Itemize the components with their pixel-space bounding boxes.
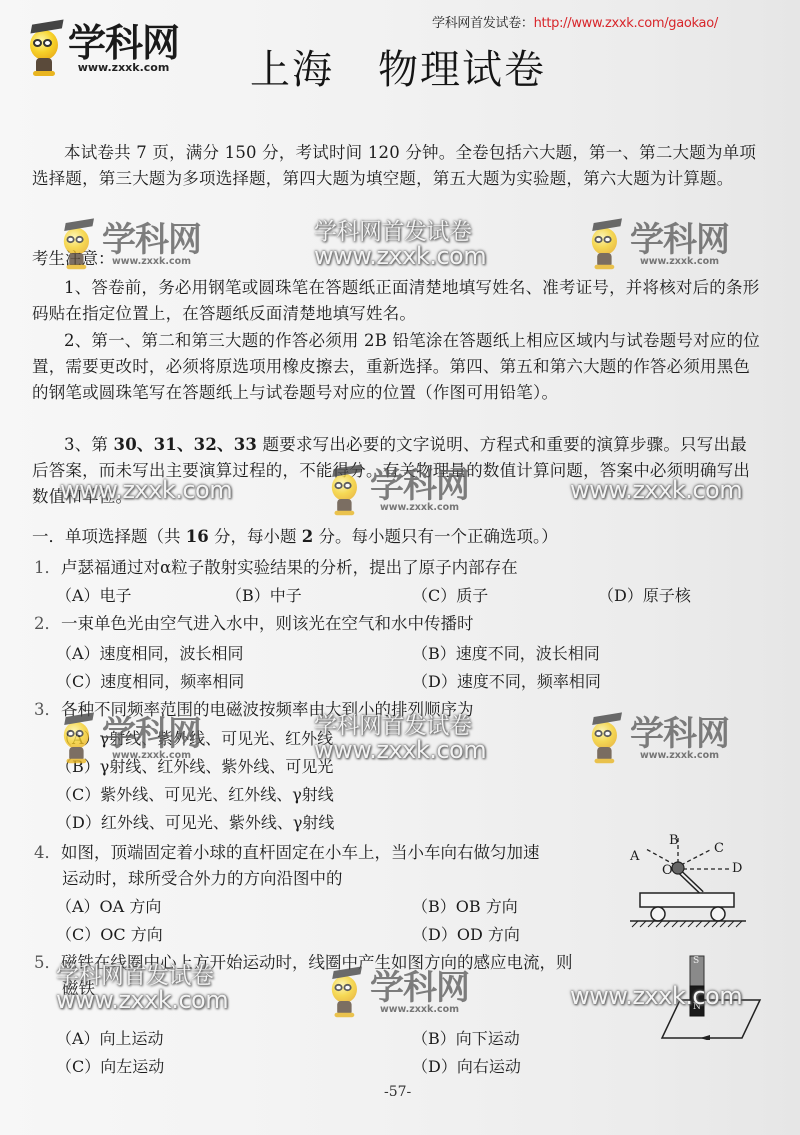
mascot-icon: [330, 465, 362, 515]
q2-option-c[interactable]: （C）速度相同，频率相同: [56, 669, 244, 695]
watermark-logo: 学科网www.zxxk.com: [330, 462, 469, 518]
watermark-url: www.zxxk.com: [570, 982, 742, 1010]
label-b: B: [669, 833, 679, 848]
q3-option-d[interactable]: （D）红外线、可见光、紫外线、γ射线: [56, 810, 334, 836]
q4-option-b[interactable]: （B）OB 方向: [412, 894, 518, 920]
mascot-icon: [590, 219, 622, 269]
watermark-logo: 学科网www.zxxk.com: [590, 710, 729, 766]
q2-option-d[interactable]: （D）速度不同，频率相同: [412, 669, 601, 695]
q1-option-b[interactable]: （B）中子: [226, 583, 302, 609]
q5-option-b[interactable]: （B）向下运动: [412, 1026, 520, 1052]
site-logo: 学科网 www.zxxk.com: [28, 20, 179, 76]
label-a: A: [630, 849, 639, 864]
q2-option-b[interactable]: （B）速度不同，波长相同: [412, 641, 600, 667]
watermark-logo: 学科网www.zxxk.com: [62, 710, 201, 766]
watermark-text: 学科网首发试卷www.zxxk.com: [314, 714, 486, 762]
title-region: 上海: [250, 47, 334, 93]
watermark-logo: 学科网www.zxxk.com: [330, 964, 469, 1020]
watermark-url: www.zxxk.com: [60, 476, 232, 504]
q1-option-d[interactable]: （D）原子核: [598, 583, 691, 609]
section-heading: 一．单项选择题（共 16 分，每小题 2 分。每小题只有一个正确选项。）: [32, 524, 558, 550]
source-url[interactable]: http://www.zxxk.com/gaokao/: [534, 16, 718, 31]
title-subject: 物理试卷: [378, 47, 546, 93]
watermark-url: www.zxxk.com: [570, 476, 742, 504]
page-title: 上海物理试卷: [250, 38, 546, 95]
source-link[interactable]: 学科网首发试卷：http://www.zxxk.com/gaokao/: [432, 12, 718, 31]
q4-option-d[interactable]: （D）OD 方向: [412, 922, 520, 948]
label-c: C: [714, 841, 724, 856]
logo-text: 学科网: [68, 23, 179, 63]
notice-item-1: 1、答卷前，务必用钢笔或圆珠笔在答题纸正面清楚地填写姓名、准考证号，并将核对后的…: [32, 275, 762, 327]
q1-option-a[interactable]: （A）电子: [56, 583, 132, 609]
question-2: 2．一束单色光由空气进入水中，则该光在空气和水中传播时: [34, 611, 474, 637]
mascot-icon: [62, 219, 94, 269]
question-1: 1．卢瑟福通过对α粒子散射实验结果的分析，提出了原子内部存在: [34, 555, 518, 581]
question-4-line2: 运动时，球所受合外力的方向沿图中的: [62, 866, 343, 892]
q4-option-a[interactable]: （A）OA 方向: [56, 894, 161, 920]
q5-option-c[interactable]: （C）向左运动: [56, 1054, 164, 1080]
notice-item-2: 2、第一、第二和第三大题的作答必须用 2B 铅笔涂在答题纸上相应区域内与试卷题号…: [32, 328, 762, 406]
label-o: O: [662, 863, 673, 878]
cart-figure: A B C D O: [620, 835, 770, 930]
logo-url: www.zxxk.com: [78, 61, 170, 74]
source-label: 学科网首发试卷：: [432, 16, 534, 31]
intro-paragraph: 本试卷共 7 页，满分 150 分，考试时间 120 分钟。全卷包括六大题，第一…: [32, 140, 762, 192]
watermark-text: 学科网首发试卷www.zxxk.com: [56, 964, 228, 1012]
q5-option-a[interactable]: （A）向上运动: [56, 1026, 164, 1052]
page-number: -57-: [384, 1084, 411, 1100]
watermark-logo: 学科网www.zxxk.com: [62, 216, 201, 272]
question-4: 4．如图，顶端固定着小球的直杆固定在小车上，当小车向右做匀加速: [34, 840, 540, 866]
q1-option-c[interactable]: （C）质子: [412, 583, 488, 609]
label-d: D: [732, 861, 742, 876]
pole-s: S: [693, 956, 699, 966]
q4-option-c[interactable]: （C）OC 方向: [56, 922, 163, 948]
mascot-icon: [330, 967, 362, 1017]
q3-option-c[interactable]: （C）紫外线、可见光、红外线、γ射线: [56, 782, 334, 808]
mascot-icon: [590, 713, 622, 763]
mascot-icon: [28, 20, 64, 76]
watermark-text: 学科网首发试卷www.zxxk.com: [314, 220, 486, 268]
mascot-icon: [62, 713, 94, 763]
q5-option-d[interactable]: （D）向右运动: [412, 1054, 521, 1080]
q2-option-a[interactable]: （A）速度相同，波长相同: [56, 641, 244, 667]
watermark-logo: 学科网www.zxxk.com: [590, 216, 729, 272]
